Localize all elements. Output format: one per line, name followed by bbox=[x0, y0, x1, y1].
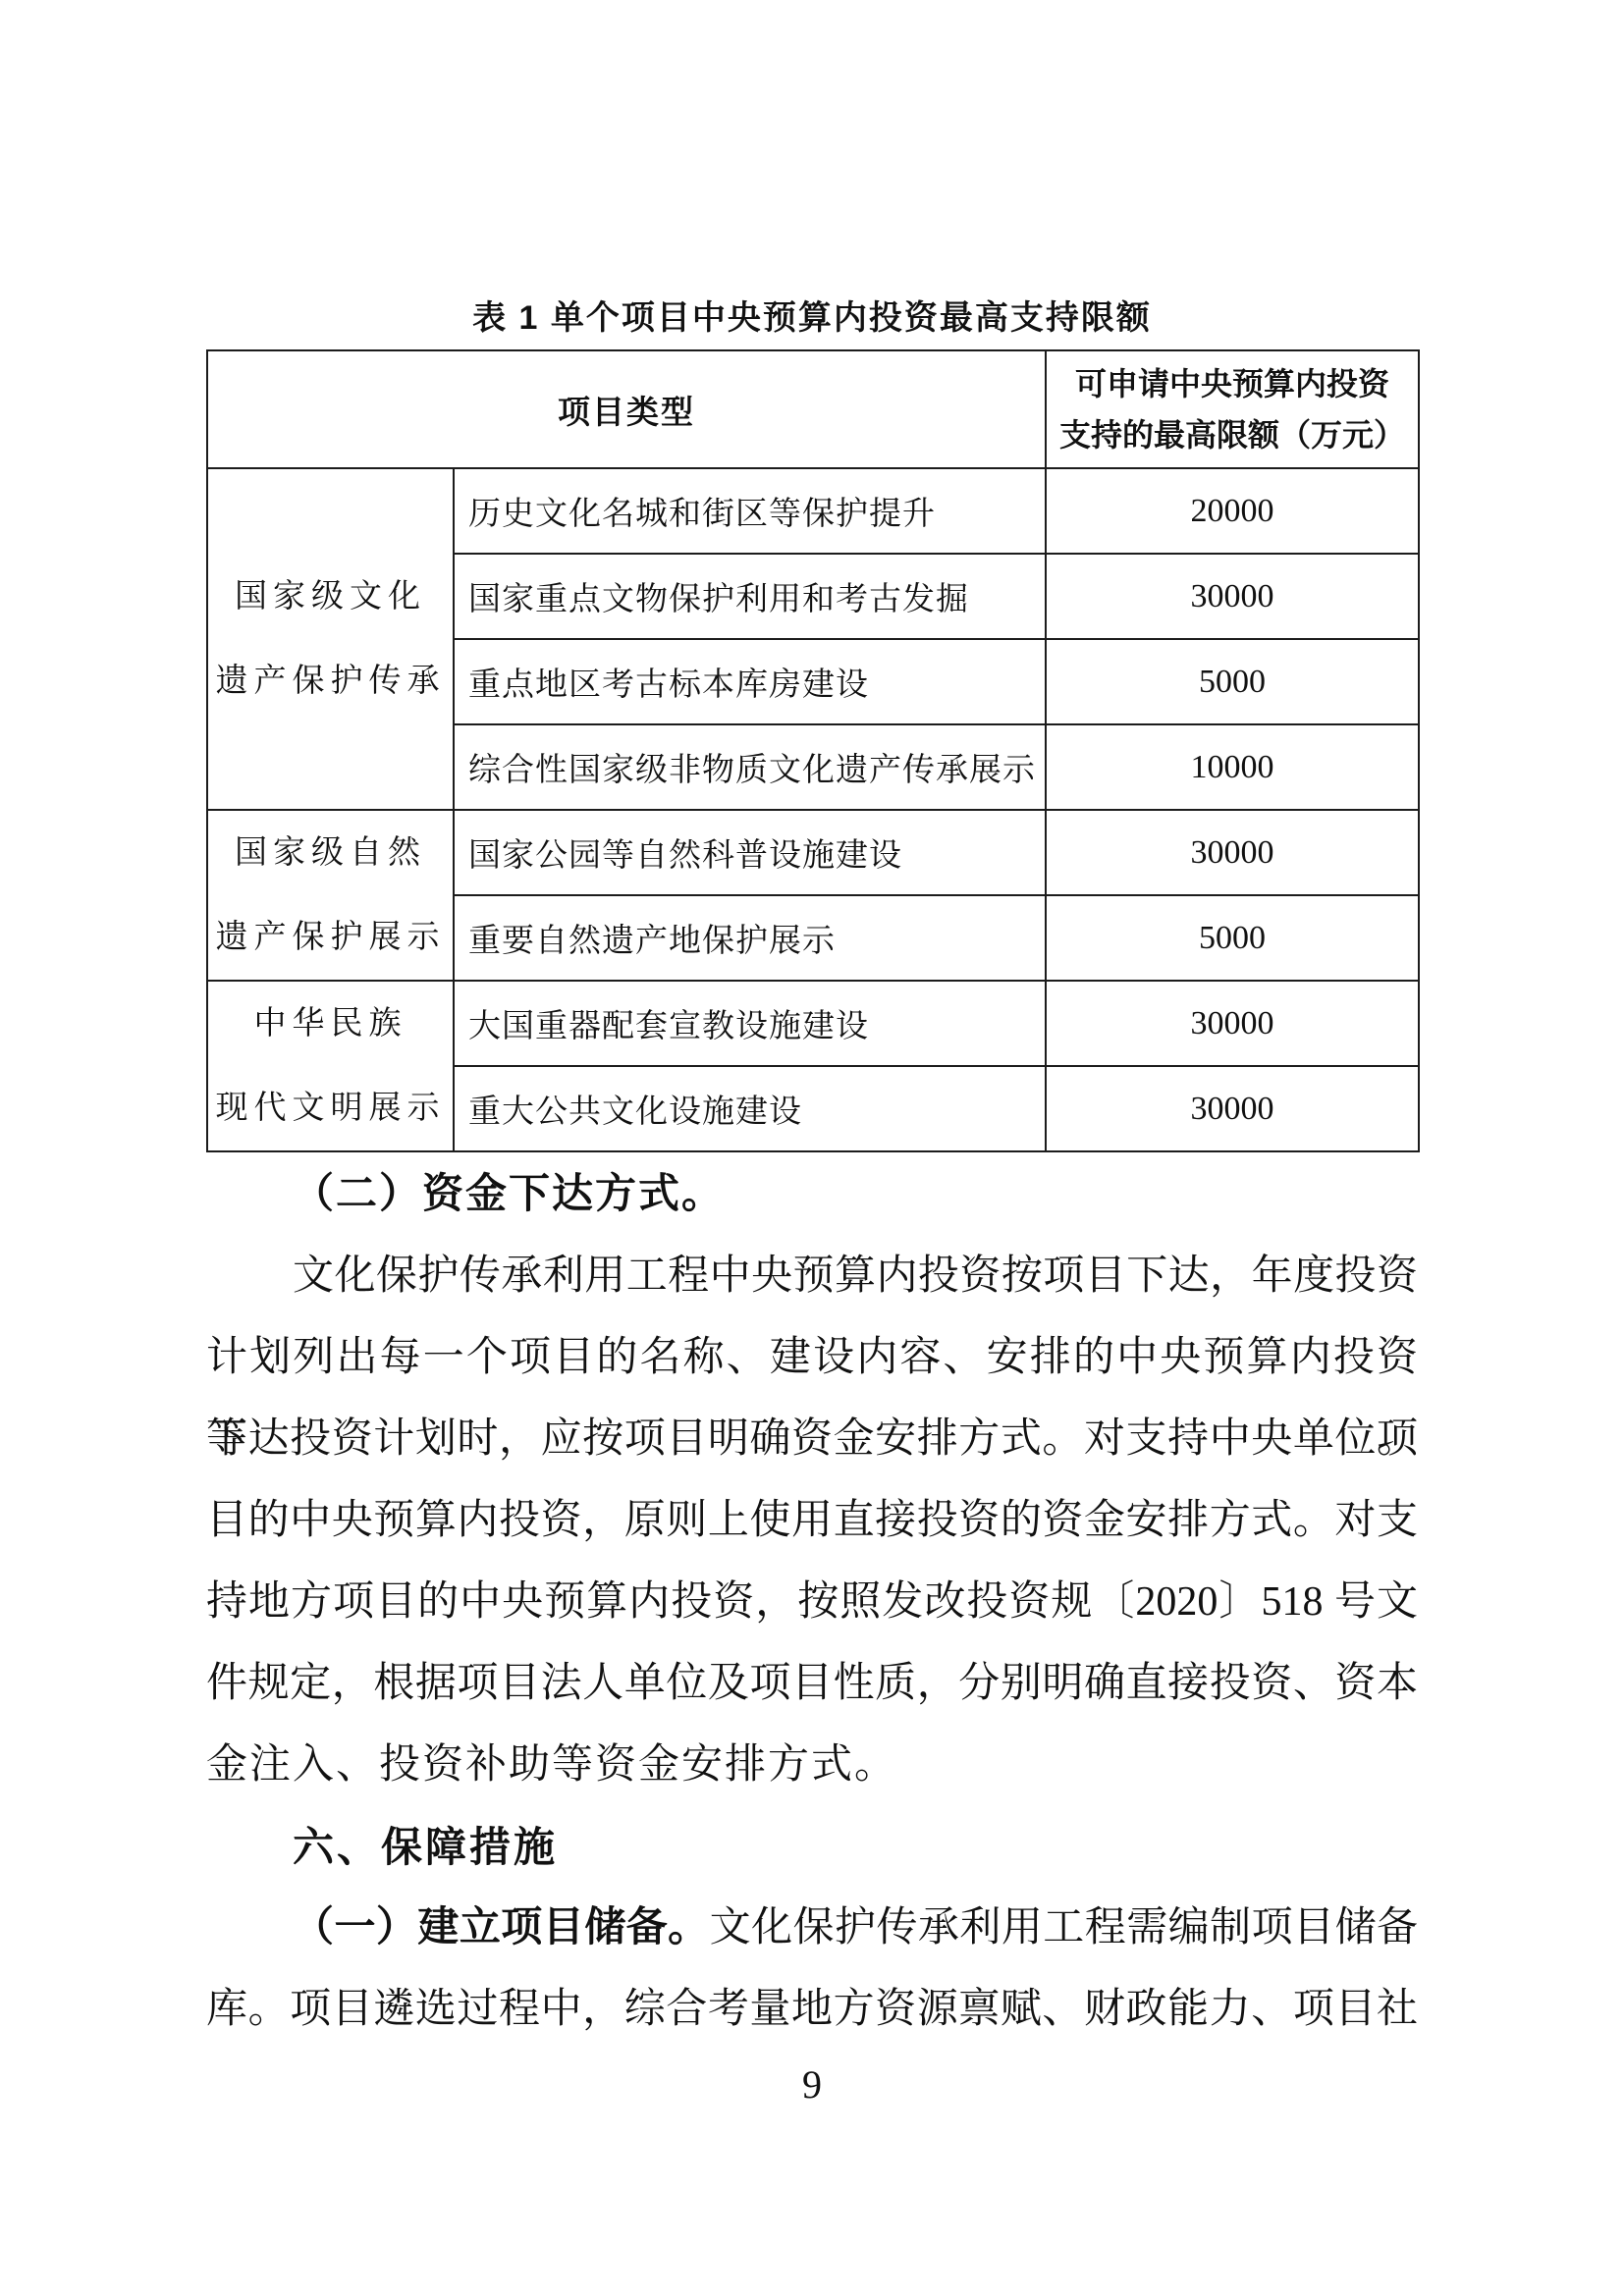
project-category-line: 国家级自然 bbox=[208, 811, 453, 895]
limit-value-cell: 30000 bbox=[1046, 554, 1419, 639]
project-category-cell: 中华民族现代文明展示 bbox=[207, 981, 454, 1151]
page-number: 9 bbox=[0, 2056, 1624, 2114]
table-row: 国家级文化遗产保护传承历史文化名城和街区等保护提升20000 bbox=[207, 468, 1419, 554]
paragraph-line: 下达投资计划时，应按项目明确资金安排方式。对支持中央单位项 bbox=[206, 1399, 1418, 1480]
project-category-line: 国家级文化 bbox=[208, 555, 453, 639]
table-title: 表 1 单个项目中央预算内投资最高支持限额 bbox=[0, 294, 1624, 342]
section-heading-2: （二）资金下达方式。 bbox=[206, 1154, 1418, 1236]
header-project-type: 项目类型 bbox=[207, 350, 1046, 468]
paragraph-line: 文化保护传承利用工程中央预算内投资按项目下达，年度投资 bbox=[206, 1236, 1418, 1317]
paragraph-line: 金注入、投资补助等资金安排方式。 bbox=[206, 1725, 1418, 1806]
limit-value-cell: 5000 bbox=[1046, 639, 1419, 724]
project-category-line: 遗产保护展示 bbox=[208, 895, 453, 980]
paragraph-text: 文化保护传承利用工程需编制项目储备 bbox=[710, 1905, 1418, 1950]
limit-value-cell: 20000 bbox=[1046, 468, 1419, 554]
paragraph-line: （一）建立项目储备。文化保护传承利用工程需编制项目储备 bbox=[206, 1888, 1418, 1969]
project-category-cell: 国家级文化遗产保护传承 bbox=[207, 468, 454, 810]
table-row: 中华民族现代文明展示大国重器配套宣教设施建设30000 bbox=[207, 981, 1419, 1066]
limit-value-cell: 30000 bbox=[1046, 981, 1419, 1066]
table-body: 国家级文化遗产保护传承历史文化名城和街区等保护提升20000国家重点文物保护利用… bbox=[207, 468, 1419, 1151]
document-page: 表 1 单个项目中央预算内投资最高支持限额 项目类型 可申请中央预算内投资 支持… bbox=[0, 0, 1624, 2296]
project-item-cell: 重大公共文化设施建设 bbox=[454, 1066, 1046, 1151]
paragraph-funding: 文化保护传承利用工程中央预算内投资按项目下达，年度投资计划列出每一个项目的名称、… bbox=[206, 1236, 1418, 1806]
project-item-cell: 国家公园等自然科普设施建设 bbox=[454, 810, 1046, 895]
limit-value-cell: 10000 bbox=[1046, 724, 1419, 810]
table-header-row: 项目类型 可申请中央预算内投资 支持的最高限额（万元） bbox=[207, 350, 1419, 468]
paragraph-line: 件规定，根据项目法人单位及项目性质，分别明确直接投资、资本 bbox=[206, 1643, 1418, 1725]
limit-value-cell: 30000 bbox=[1046, 1066, 1419, 1151]
limit-value-cell: 30000 bbox=[1046, 810, 1419, 895]
header-limit-line1: 可申请中央预算内投资 bbox=[1047, 358, 1418, 409]
project-category-line: 中华民族 bbox=[208, 982, 453, 1066]
project-item-cell: 历史文化名城和街区等保护提升 bbox=[454, 468, 1046, 554]
body-text: （二）资金下达方式。 文化保护传承利用工程中央预算内投资按项目下达，年度投资计划… bbox=[206, 1154, 1418, 2051]
project-item-cell: 重点地区考古标本库房建设 bbox=[454, 639, 1046, 724]
paragraph-line: 持地方项目的中央预算内投资，按照发改投资规〔2020〕518 号文 bbox=[206, 1562, 1418, 1643]
inline-bold-heading: （一）建立项目储备。 bbox=[293, 1905, 710, 1950]
header-limit-line2: 支持的最高限额（万元） bbox=[1047, 409, 1418, 460]
paragraph-line: 库。项目遴选过程中，综合考量地方资源禀赋、财政能力、项目社 bbox=[206, 1969, 1418, 2051]
limits-table-wrap: 项目类型 可申请中央预算内投资 支持的最高限额（万元） 国家级文化遗产保护传承历… bbox=[206, 349, 1420, 1152]
project-item-cell: 大国重器配套宣教设施建设 bbox=[454, 981, 1046, 1066]
project-category-line: 遗产保护传承 bbox=[208, 639, 453, 723]
project-item-cell: 综合性国家级非物质文化遗产传承展示 bbox=[454, 724, 1046, 810]
project-category-line: 现代文明展示 bbox=[208, 1066, 453, 1150]
header-limit: 可申请中央预算内投资 支持的最高限额（万元） bbox=[1046, 350, 1419, 468]
limit-value-cell: 5000 bbox=[1046, 895, 1419, 981]
project-category-cell: 国家级自然遗产保护展示 bbox=[207, 810, 454, 981]
table-row: 国家级自然遗产保护展示国家公园等自然科普设施建设30000 bbox=[207, 810, 1419, 895]
paragraph-line: 目的中央预算内投资，原则上使用直接投资的资金安排方式。对支 bbox=[206, 1480, 1418, 1562]
project-item-cell: 重要自然遗产地保护展示 bbox=[454, 895, 1046, 981]
project-item-cell: 国家重点文物保护利用和考古发掘 bbox=[454, 554, 1046, 639]
limits-table: 项目类型 可申请中央预算内投资 支持的最高限额（万元） 国家级文化遗产保护传承历… bbox=[206, 349, 1420, 1152]
section-heading-6: 六、保障措施 bbox=[206, 1806, 1418, 1888]
paragraph-line: 计划列出每一个项目的名称、建设内容、安排的中央预算内投资等。 bbox=[206, 1317, 1418, 1399]
